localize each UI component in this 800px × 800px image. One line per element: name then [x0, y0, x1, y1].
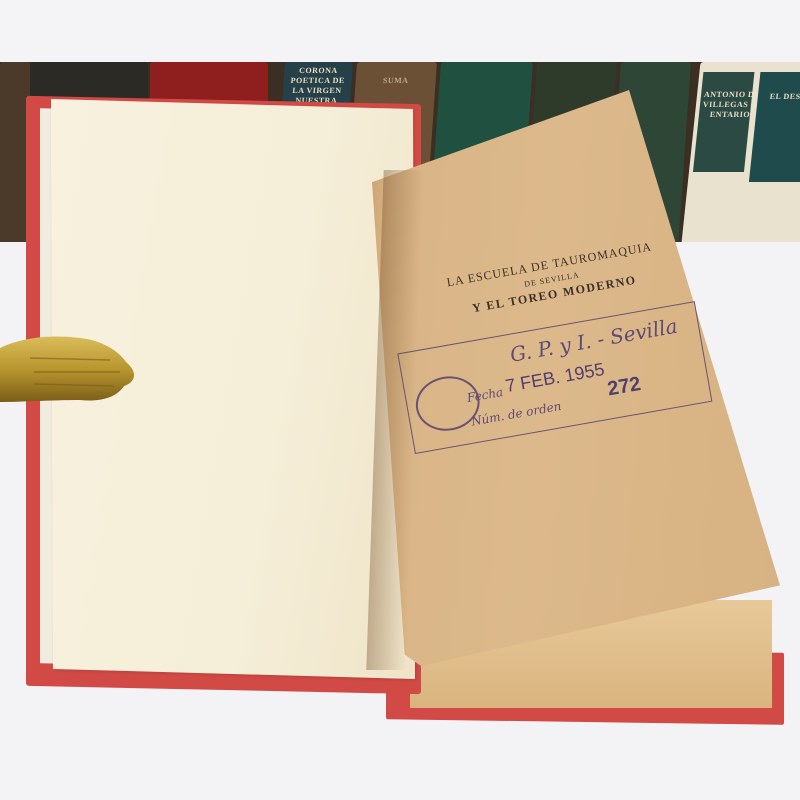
spine-label: EL DESIE: [757, 92, 800, 102]
brass-hand-bookmark-icon: [0, 330, 138, 410]
stamp-order-number: 272: [606, 373, 643, 401]
spine-label: SUMA: [355, 76, 436, 86]
stamp-num-label: Núm. de orden: [470, 399, 562, 429]
